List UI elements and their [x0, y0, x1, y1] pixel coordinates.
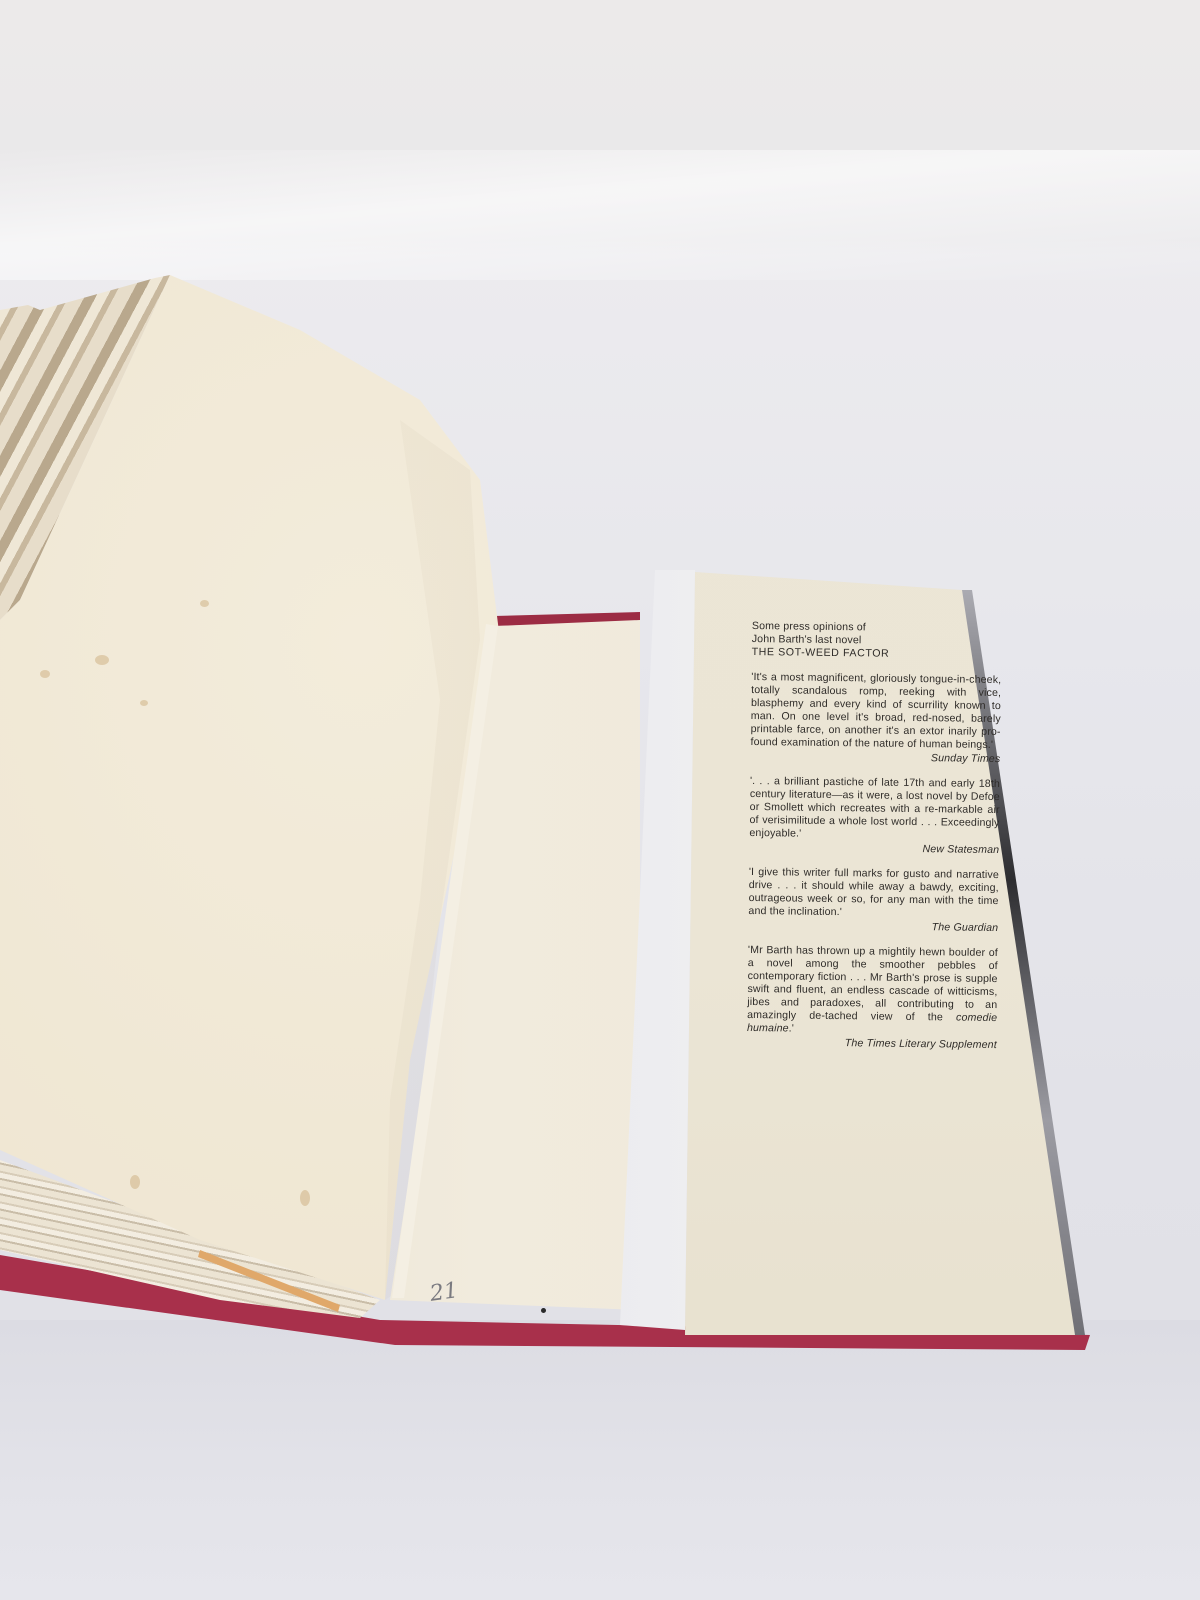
press-opinions-text: Some press opinions of John Barth's last… — [747, 620, 1002, 1064]
review-quote: 'I give this writer full marks for gusto… — [748, 866, 999, 921]
background-cloth — [0, 1320, 1200, 1600]
review-quote-end: .' — [789, 1022, 794, 1034]
review-quote: 'It's a most magnificent, gloriously ton… — [750, 671, 1001, 752]
review-quote: '. . . a brilliant pastiche of late 17th… — [749, 775, 1000, 843]
review-source: Sunday Times — [750, 750, 1000, 766]
foxing-spot — [200, 600, 209, 607]
review-source: The Guardian — [748, 919, 998, 935]
foxing-spot — [130, 1175, 140, 1189]
foxing-spot — [95, 655, 109, 665]
flap-header: Some press opinions of John Barth's last… — [752, 620, 1002, 662]
background-cloth-fold — [0, 150, 1200, 280]
ink-dot — [541, 1308, 546, 1313]
book-title: THE SOT-WEED FACTOR — [752, 646, 1002, 662]
handwritten-pencil-note: 21 — [428, 1278, 459, 1307]
foxing-spot — [140, 700, 148, 706]
review-quote: 'Mr Barth has thrown up a mightily hewn … — [747, 944, 998, 1038]
review-source: The Times Literary Supplement — [747, 1036, 997, 1052]
review-source: New Statesman — [749, 841, 999, 857]
foxing-spot — [300, 1190, 310, 1206]
foxing-spot — [40, 670, 50, 678]
